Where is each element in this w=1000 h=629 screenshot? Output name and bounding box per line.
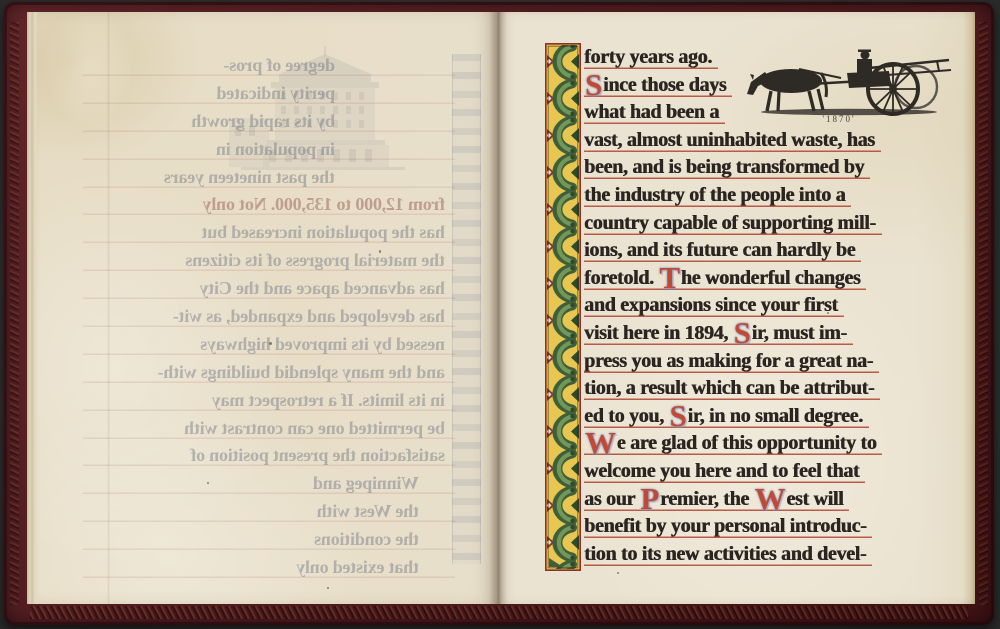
line-text: tion, a result which can be attribut- (584, 377, 874, 399)
bleed-line: in population in (83, 136, 455, 164)
foxing-speck (327, 587, 329, 589)
right-page: '1870' forty years ago. Since those days… (497, 12, 975, 604)
illuminated-initial: S (584, 67, 603, 102)
foxing-speck (697, 492, 699, 494)
bleed-line: by its rapid growth (83, 108, 455, 136)
manuscript-line: forty years ago. (584, 44, 718, 72)
line-text: country capable of supporting mill- (584, 212, 876, 234)
bleed-line: Winnipeg and (83, 470, 455, 498)
leather-tooling-bottom (30, 606, 968, 619)
manuscript-line: been, and is being transformed by (584, 154, 870, 182)
line-text: remier, the (660, 488, 754, 510)
leather-tooling-right (979, 22, 988, 605)
manuscript-line: tion, a result which can be attribut- (584, 375, 880, 403)
manuscript-line: ed to you, Sir, in no small degree. (584, 403, 869, 431)
bleed-line: in its limits. If a retrospect may (83, 387, 455, 415)
bleed-line: the past nineteen years (83, 164, 455, 192)
manuscript-text-block: forty years ago. Since those days what h… (584, 44, 882, 568)
illuminated-border (545, 43, 581, 571)
illuminated-initial: S (733, 315, 752, 350)
manuscript-line: country capable of supporting mill- (584, 210, 882, 238)
line-text: visit here in 1894, (584, 322, 733, 344)
manuscript-line: We are glad of this opportunity to (584, 430, 882, 458)
foxing-speck (269, 342, 272, 345)
illuminated-initial: W (754, 481, 787, 516)
illuminated-initial: T (658, 260, 680, 295)
line-text: been, and is being transformed by (584, 156, 864, 178)
bleed-line: has advanced apace and the City (83, 275, 455, 303)
line-text: ince those days (603, 74, 726, 96)
line-text: e are glad of this opportunity to (617, 432, 877, 454)
page-gutter-shadow (489, 12, 507, 604)
line-text: est will (786, 488, 843, 510)
bleed-line: and the many splendid buildings with- (83, 359, 455, 387)
bleed-line: the West with (83, 498, 455, 526)
line-text: the industry of the people into a (584, 184, 845, 206)
foxing-speck (379, 250, 381, 253)
bleed-line: be permitted one can contrast with (83, 415, 455, 443)
manuscript-line: ions, and its future can hardly be (584, 237, 861, 265)
bleed-line: has the population increased but (83, 219, 455, 247)
line-text: vast, almost uninhabited waste, has (584, 129, 875, 151)
manuscript-line: what had been a (584, 99, 725, 127)
open-pages: degree of pros- perity indicated by its … (27, 12, 975, 604)
foxing-speck (207, 482, 209, 484)
line-text: welcome you here and to feel that (584, 460, 859, 482)
line-text: ir, in no small degree. (687, 405, 862, 427)
line-text: forty years ago. (584, 46, 712, 68)
bleed-line: satisfaction the present position of (83, 442, 455, 470)
leather-tooling-left (10, 22, 19, 605)
illuminated-initial: P (639, 481, 660, 516)
manuscript-line: welcome you here and to feel that (584, 458, 865, 486)
photo-backdrop: degree of pros- perity indicated by its … (0, 0, 1000, 629)
line-text: ions, and its future can hardly be (584, 239, 855, 261)
line-text: ed to you, (584, 405, 668, 427)
bleed-line: perity indicated (83, 80, 455, 108)
manuscript-line: foretold. The wonderful changes (584, 265, 866, 293)
manuscript-line: visit here in 1894, Sir, must im- (584, 320, 853, 348)
bleedthrough-text-block: degree of pros- perity indicated by its … (83, 52, 455, 582)
manuscript-line: vast, almost uninhabited waste, has (584, 127, 881, 155)
manuscript-line: tion to its new activities and devel- (584, 541, 872, 569)
manuscript-line: and expansions since your first (584, 292, 844, 320)
bleed-line: degree of pros- (83, 52, 455, 80)
bleed-line: from 12,000 to 135,000. Not only (83, 191, 455, 219)
illuminated-initial: W (584, 425, 617, 460)
line-text: press you as making for a great na- (584, 350, 873, 372)
line-text: ir, must im- (752, 322, 847, 344)
foxing-speck (827, 312, 829, 314)
manuscript-line: press you as making for a great na- (584, 348, 879, 376)
line-text: he wonderful changes (681, 267, 861, 289)
line-text: benefit by your personal introduc- (584, 515, 866, 537)
line-text: as our (584, 488, 639, 510)
line-text: foretold. (584, 267, 658, 289)
manuscript-line: Since those days (584, 72, 732, 100)
book-leather-cover: degree of pros- perity indicated by its … (4, 2, 994, 625)
line-text: and expansions since your first (584, 294, 838, 316)
manuscript-line: benefit by your personal introduc- (584, 513, 872, 541)
bleed-line: that existed only (83, 554, 455, 582)
bleed-line: the material progress of its citizens (83, 247, 455, 275)
bleed-line: the conditions (83, 526, 455, 554)
bleed-line: has developed and expanded, as wit- (83, 303, 455, 331)
foxing-speck (617, 572, 619, 574)
illuminated-initial: S (668, 398, 687, 433)
left-page: degree of pros- perity indicated by its … (27, 12, 497, 604)
line-text: tion to its new activities and devel- (584, 543, 866, 565)
manuscript-line: the industry of the people into a (584, 182, 851, 210)
border-bleedthrough-strip (452, 54, 481, 564)
manuscript-line: as our Premier, the West will (584, 486, 849, 514)
line-text: what had been a (584, 101, 719, 123)
